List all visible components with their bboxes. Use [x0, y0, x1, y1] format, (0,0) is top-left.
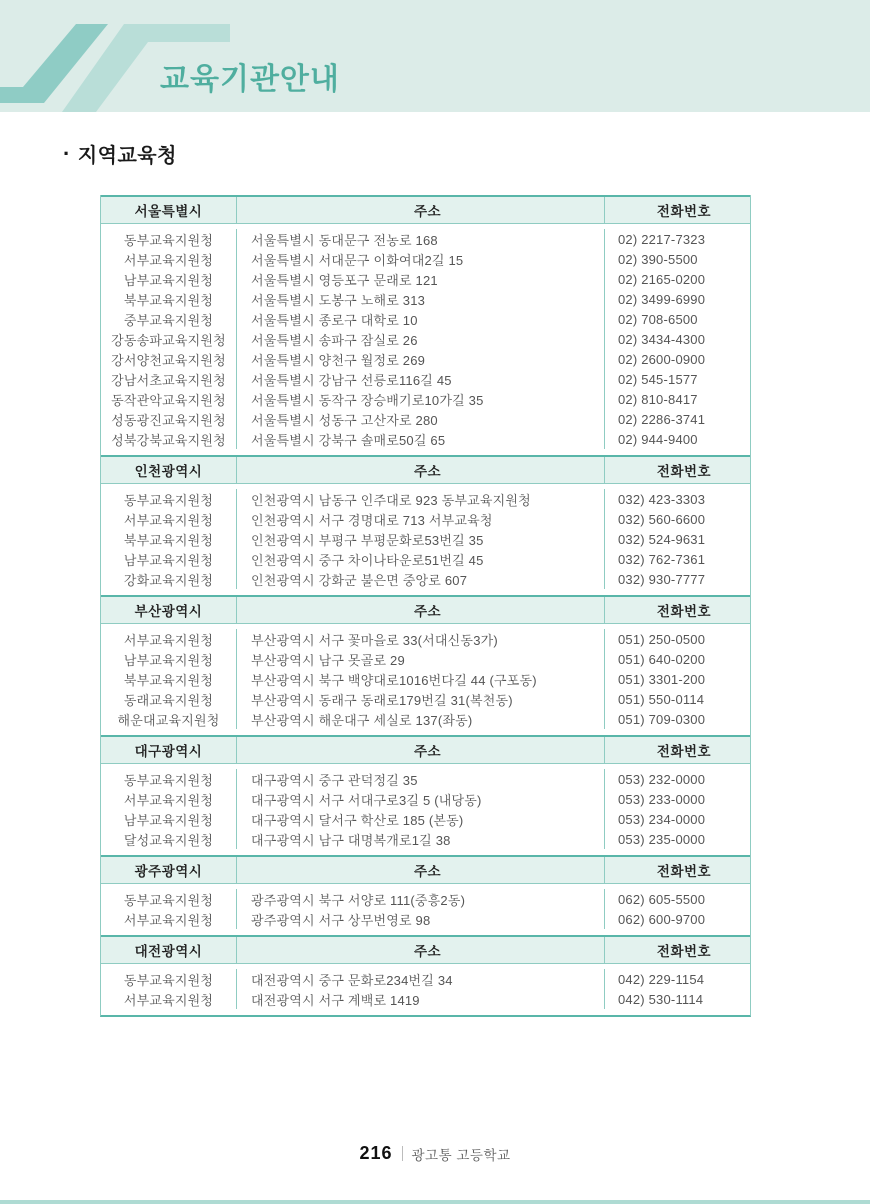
phone-header-cell: 전화번호	[605, 197, 750, 223]
address-cell: 서울특별시 동대문구 전농로 168	[237, 229, 605, 249]
phone-cell: 053) 234-0000	[605, 809, 750, 829]
phone-cell: 02) 944-9400	[605, 429, 750, 449]
phone-cell: 053) 235-0000	[605, 829, 750, 849]
table-row: 강서양천교육지원청 서울특별시 양천구 월정로 269 02) 2600-090…	[101, 349, 750, 369]
office-name-cell: 남부교육지원청	[101, 809, 237, 829]
phone-cell: 051) 550-0114	[605, 689, 750, 709]
address-cell: 대전광역시 서구 계백로 1419	[237, 989, 605, 1009]
phone-cell: 02) 708-6500	[605, 309, 750, 329]
phone-cell: 042) 530-1114	[605, 989, 750, 1009]
address-cell: 대구광역시 서구 서대구로3길 5 (내당동)	[237, 789, 605, 809]
table-row: 성북강북교육지원청 서울특별시 강북구 솔매로50길 65 02) 944-94…	[101, 429, 750, 449]
office-name-cell: 북부교육지원청	[101, 529, 237, 549]
address-header-cell: 주소	[237, 857, 605, 883]
table-row: 서부교육지원청 대전광역시 서구 계백로 1419 042) 530-1114	[101, 989, 750, 1009]
phone-cell: 032) 930-7777	[605, 569, 750, 589]
office-name-cell: 성동광진교육지원청	[101, 409, 237, 429]
table-row: 북부교육지원청 서울특별시 도봉구 노해로 313 02) 3499-6990	[101, 289, 750, 309]
bullet-icon: ·	[63, 143, 71, 165]
school-name: 광고통 고등학교	[412, 1144, 511, 1164]
office-name-cell: 강화교육지원청	[101, 569, 237, 589]
office-name-cell: 서부교육지원청	[101, 909, 237, 929]
office-name-cell: 남부교육지원청	[101, 649, 237, 669]
phone-header-cell: 전화번호	[605, 597, 750, 623]
phone-cell: 032) 423-3303	[605, 489, 750, 509]
table-row: 강동송파교육지원청 서울특별시 송파구 잠실로 26 02) 3434-4300	[101, 329, 750, 349]
table-section-body: 동부교육지원청 인천광역시 남동구 인주대로 923 동부교육지원청 032) …	[101, 484, 750, 595]
address-cell: 대구광역시 중구 관덕정길 35	[237, 769, 605, 789]
document-page: 교육기관안내 · 지역교육청 서울특별시 주소 전화번호 동부교육지원청 서울특…	[0, 0, 870, 1204]
phone-cell: 02) 2217-7323	[605, 229, 750, 249]
address-header-cell: 주소	[237, 457, 605, 483]
phone-cell: 02) 2600-0900	[605, 349, 750, 369]
office-name-cell: 북부교육지원청	[101, 669, 237, 689]
table-section-body: 동부교육지원청 서울특별시 동대문구 전농로 168 02) 2217-7323…	[101, 224, 750, 455]
phone-cell: 051) 250-0500	[605, 629, 750, 649]
address-cell: 광주광역시 서구 상무번영로 98	[237, 909, 605, 929]
phone-header-cell: 전화번호	[605, 937, 750, 963]
office-name-cell: 동래교육지원청	[101, 689, 237, 709]
table-row: 서부교육지원청 부산광역시 서구 꽃마을로 33(서대신동3가) 051) 25…	[101, 629, 750, 649]
table-row: 남부교육지원청 서울특별시 영등포구 문래로 121 02) 2165-0200	[101, 269, 750, 289]
address-cell: 부산광역시 동래구 동래로179번길 31(복천동)	[237, 689, 605, 709]
phone-cell: 02) 545-1577	[605, 369, 750, 389]
phone-cell: 051) 640-0200	[605, 649, 750, 669]
section-title: 지역교육청	[78, 139, 177, 168]
table-section-body: 동부교육지원청 대구광역시 중구 관덕정길 35 053) 232-0000 서…	[101, 764, 750, 855]
office-name-cell: 동작관악교육지원청	[101, 389, 237, 409]
table-section-body: 동부교육지원청 대전광역시 중구 문화로234번길 34 042) 229-11…	[101, 964, 750, 1015]
table-row: 서부교육지원청 대구광역시 서구 서대구로3길 5 (내당동) 053) 233…	[101, 789, 750, 809]
address-cell: 서울특별시 양천구 월정로 269	[237, 349, 605, 369]
table-section-body: 동부교육지원청 광주광역시 북구 서양로 111(중흥2동) 062) 605-…	[101, 884, 750, 935]
office-name-cell: 강남서초교육지원청	[101, 369, 237, 389]
address-header-cell: 주소	[237, 597, 605, 623]
office-name-cell: 서부교육지원청	[101, 249, 237, 269]
office-name-cell: 동부교육지원청	[101, 969, 237, 989]
table-section: 대구광역시 주소 전화번호 동부교육지원청 대구광역시 중구 관덕정길 35 0…	[100, 735, 751, 855]
address-header-cell: 주소	[237, 737, 605, 763]
address-cell: 서울특별시 서대문구 이화여대2길 15	[237, 249, 605, 269]
office-name-cell: 남부교육지원청	[101, 269, 237, 289]
address-cell: 인천광역시 강화군 불은면 중앙로 607	[237, 569, 605, 589]
page-banner: 교육기관안내	[0, 0, 870, 112]
office-name-cell: 동부교육지원청	[101, 769, 237, 789]
office-name-cell: 해운대교육지원청	[101, 709, 237, 729]
section-heading: · 지역교육청	[63, 139, 177, 168]
region-header-cell: 서울특별시	[101, 197, 237, 223]
footer-divider	[402, 1146, 403, 1161]
office-name-cell: 동부교육지원청	[101, 889, 237, 909]
office-name-cell: 서부교육지원청	[101, 509, 237, 529]
table-row: 성동광진교육지원청 서울특별시 성동구 고산자로 280 02) 2286-37…	[101, 409, 750, 429]
table-row: 동부교육지원청 대구광역시 중구 관덕정길 35 053) 232-0000	[101, 769, 750, 789]
address-cell: 서울특별시 송파구 잠실로 26	[237, 329, 605, 349]
office-name-cell: 동부교육지원청	[101, 229, 237, 249]
table-row: 동부교육지원청 인천광역시 남동구 인주대로 923 동부교육지원청 032) …	[101, 489, 750, 509]
phone-cell: 042) 229-1154	[605, 969, 750, 989]
phone-cell: 02) 810-8417	[605, 389, 750, 409]
table-section-header: 대전광역시 주소 전화번호	[101, 935, 750, 964]
address-cell: 인천광역시 부평구 부평문화로53번길 35	[237, 529, 605, 549]
address-cell: 인천광역시 남동구 인주대로 923 동부교육지원청	[237, 489, 605, 509]
office-name-cell: 중부교육지원청	[101, 309, 237, 329]
table-row: 해운대교육지원청 부산광역시 해운대구 세실로 137(좌동) 051) 709…	[101, 709, 750, 729]
table-section: 인천광역시 주소 전화번호 동부교육지원청 인천광역시 남동구 인주대로 923…	[100, 455, 751, 595]
table-row: 동부교육지원청 광주광역시 북구 서양로 111(중흥2동) 062) 605-…	[101, 889, 750, 909]
address-cell: 대구광역시 달서구 학산로 185 (본동)	[237, 809, 605, 829]
table-row: 남부교육지원청 인천광역시 중구 차이나타운로51번길 45 032) 762-…	[101, 549, 750, 569]
address-cell: 서울특별시 성동구 고산자로 280	[237, 409, 605, 429]
phone-cell: 062) 600-9700	[605, 909, 750, 929]
address-cell: 서울특별시 강남구 선릉로116길 45	[237, 369, 605, 389]
table-row: 서부교육지원청 서울특별시 서대문구 이화여대2길 15 02) 390-550…	[101, 249, 750, 269]
table-section-header: 광주광역시 주소 전화번호	[101, 855, 750, 884]
address-cell: 인천광역시 중구 차이나타운로51번길 45	[237, 549, 605, 569]
phone-cell: 032) 524-9631	[605, 529, 750, 549]
region-header-cell: 대구광역시	[101, 737, 237, 763]
address-header-cell: 주소	[237, 937, 605, 963]
table-row: 동작관악교육지원청 서울특별시 동작구 장승배기로10가길 35 02) 810…	[101, 389, 750, 409]
address-cell: 부산광역시 서구 꽃마을로 33(서대신동3가)	[237, 629, 605, 649]
banner-stripes-decoration	[0, 0, 870, 112]
address-header-cell: 주소	[237, 197, 605, 223]
office-name-cell: 강동송파교육지원청	[101, 329, 237, 349]
phone-cell: 053) 232-0000	[605, 769, 750, 789]
office-name-cell: 달성교육지원청	[101, 829, 237, 849]
office-name-cell: 동부교육지원청	[101, 489, 237, 509]
phone-cell: 02) 3434-4300	[605, 329, 750, 349]
table-section: 부산광역시 주소 전화번호 서부교육지원청 부산광역시 서구 꽃마을로 33(서…	[100, 595, 751, 735]
table-section-header: 대구광역시 주소 전화번호	[101, 735, 750, 764]
table-row: 동부교육지원청 서울특별시 동대문구 전농로 168 02) 2217-7323	[101, 229, 750, 249]
office-name-cell: 북부교육지원청	[101, 289, 237, 309]
address-cell: 서울특별시 종로구 대학로 10	[237, 309, 605, 329]
table-section-header: 인천광역시 주소 전화번호	[101, 455, 750, 484]
office-name-cell: 서부교육지원청	[101, 629, 237, 649]
office-name-cell: 서부교육지원청	[101, 989, 237, 1009]
address-cell: 부산광역시 남구 못골로 29	[237, 649, 605, 669]
table-section: 서울특별시 주소 전화번호 동부교육지원청 서울특별시 동대문구 전농로 168…	[100, 195, 751, 455]
phone-header-cell: 전화번호	[605, 457, 750, 483]
phone-header-cell: 전화번호	[605, 737, 750, 763]
table-row: 강화교육지원청 인천광역시 강화군 불은면 중앙로 607 032) 930-7…	[101, 569, 750, 589]
office-name-cell: 강서양천교육지원청	[101, 349, 237, 369]
table-row: 달성교육지원청 대구광역시 남구 대명복개로1길 38 053) 235-000…	[101, 829, 750, 849]
address-cell: 대구광역시 남구 대명복개로1길 38	[237, 829, 605, 849]
address-cell: 부산광역시 해운대구 세실로 137(좌동)	[237, 709, 605, 729]
phone-cell: 053) 233-0000	[605, 789, 750, 809]
page-footer: 216 광고통 고등학교	[0, 1143, 870, 1164]
office-name-cell: 서부교육지원청	[101, 789, 237, 809]
table-row: 북부교육지원청 부산광역시 북구 백양대로1016번다길 44 (구포동) 05…	[101, 669, 750, 689]
phone-cell: 032) 560-6600	[605, 509, 750, 529]
phone-cell: 051) 709-0300	[605, 709, 750, 729]
table-row: 북부교육지원청 인천광역시 부평구 부평문화로53번길 35 032) 524-…	[101, 529, 750, 549]
phone-header-cell: 전화번호	[605, 857, 750, 883]
region-header-cell: 광주광역시	[101, 857, 237, 883]
table-section-header: 서울특별시 주소 전화번호	[101, 195, 750, 224]
phone-cell: 062) 605-5500	[605, 889, 750, 909]
table-row: 중부교육지원청 서울특별시 종로구 대학로 10 02) 708-6500	[101, 309, 750, 329]
table-row: 서부교육지원청 광주광역시 서구 상무번영로 98 062) 600-9700	[101, 909, 750, 929]
page-title: 교육기관안내	[160, 54, 340, 98]
address-cell: 서울특별시 강북구 솔매로50길 65	[237, 429, 605, 449]
table-row: 동부교육지원청 대전광역시 중구 문화로234번길 34 042) 229-11…	[101, 969, 750, 989]
address-cell: 서울특별시 영등포구 문래로 121	[237, 269, 605, 289]
address-cell: 부산광역시 북구 백양대로1016번다길 44 (구포동)	[237, 669, 605, 689]
address-cell: 서울특별시 도봉구 노해로 313	[237, 289, 605, 309]
page-number: 216	[359, 1143, 392, 1164]
table-section: 광주광역시 주소 전화번호 동부교육지원청 광주광역시 북구 서양로 111(중…	[100, 855, 751, 935]
table-row: 서부교육지원청 인천광역시 서구 경명대로 713 서부교육청 032) 560…	[101, 509, 750, 529]
phone-cell: 02) 2286-3741	[605, 409, 750, 429]
phone-cell: 032) 762-7361	[605, 549, 750, 569]
address-cell: 광주광역시 북구 서양로 111(중흥2동)	[237, 889, 605, 909]
region-header-cell: 부산광역시	[101, 597, 237, 623]
office-name-cell: 남부교육지원청	[101, 549, 237, 569]
address-cell: 서울특별시 동작구 장승배기로10가길 35	[237, 389, 605, 409]
region-header-cell: 인천광역시	[101, 457, 237, 483]
phone-cell: 02) 390-5500	[605, 249, 750, 269]
office-name-cell: 성북강북교육지원청	[101, 429, 237, 449]
address-cell: 대전광역시 중구 문화로234번길 34	[237, 969, 605, 989]
table-section: 대전광역시 주소 전화번호 동부교육지원청 대전광역시 중구 문화로234번길 …	[100, 935, 751, 1017]
phone-cell: 02) 2165-0200	[605, 269, 750, 289]
table-row: 강남서초교육지원청 서울특별시 강남구 선릉로116길 45 02) 545-1…	[101, 369, 750, 389]
phone-cell: 02) 3499-6990	[605, 289, 750, 309]
table-row: 남부교육지원청 대구광역시 달서구 학산로 185 (본동) 053) 234-…	[101, 809, 750, 829]
table-row: 동래교육지원청 부산광역시 동래구 동래로179번길 31(복천동) 051) …	[101, 689, 750, 709]
table-section-body: 서부교육지원청 부산광역시 서구 꽃마을로 33(서대신동3가) 051) 25…	[101, 624, 750, 735]
table-row: 남부교육지원청 부산광역시 남구 못골로 29 051) 640-0200	[101, 649, 750, 669]
phone-cell: 051) 3301-200	[605, 669, 750, 689]
table-section-header: 부산광역시 주소 전화번호	[101, 595, 750, 624]
regional-offices-table: 서울특별시 주소 전화번호 동부교육지원청 서울특별시 동대문구 전농로 168…	[100, 195, 751, 1017]
region-header-cell: 대전광역시	[101, 937, 237, 963]
address-cell: 인천광역시 서구 경명대로 713 서부교육청	[237, 509, 605, 529]
bottom-edge-strip	[0, 1200, 870, 1204]
